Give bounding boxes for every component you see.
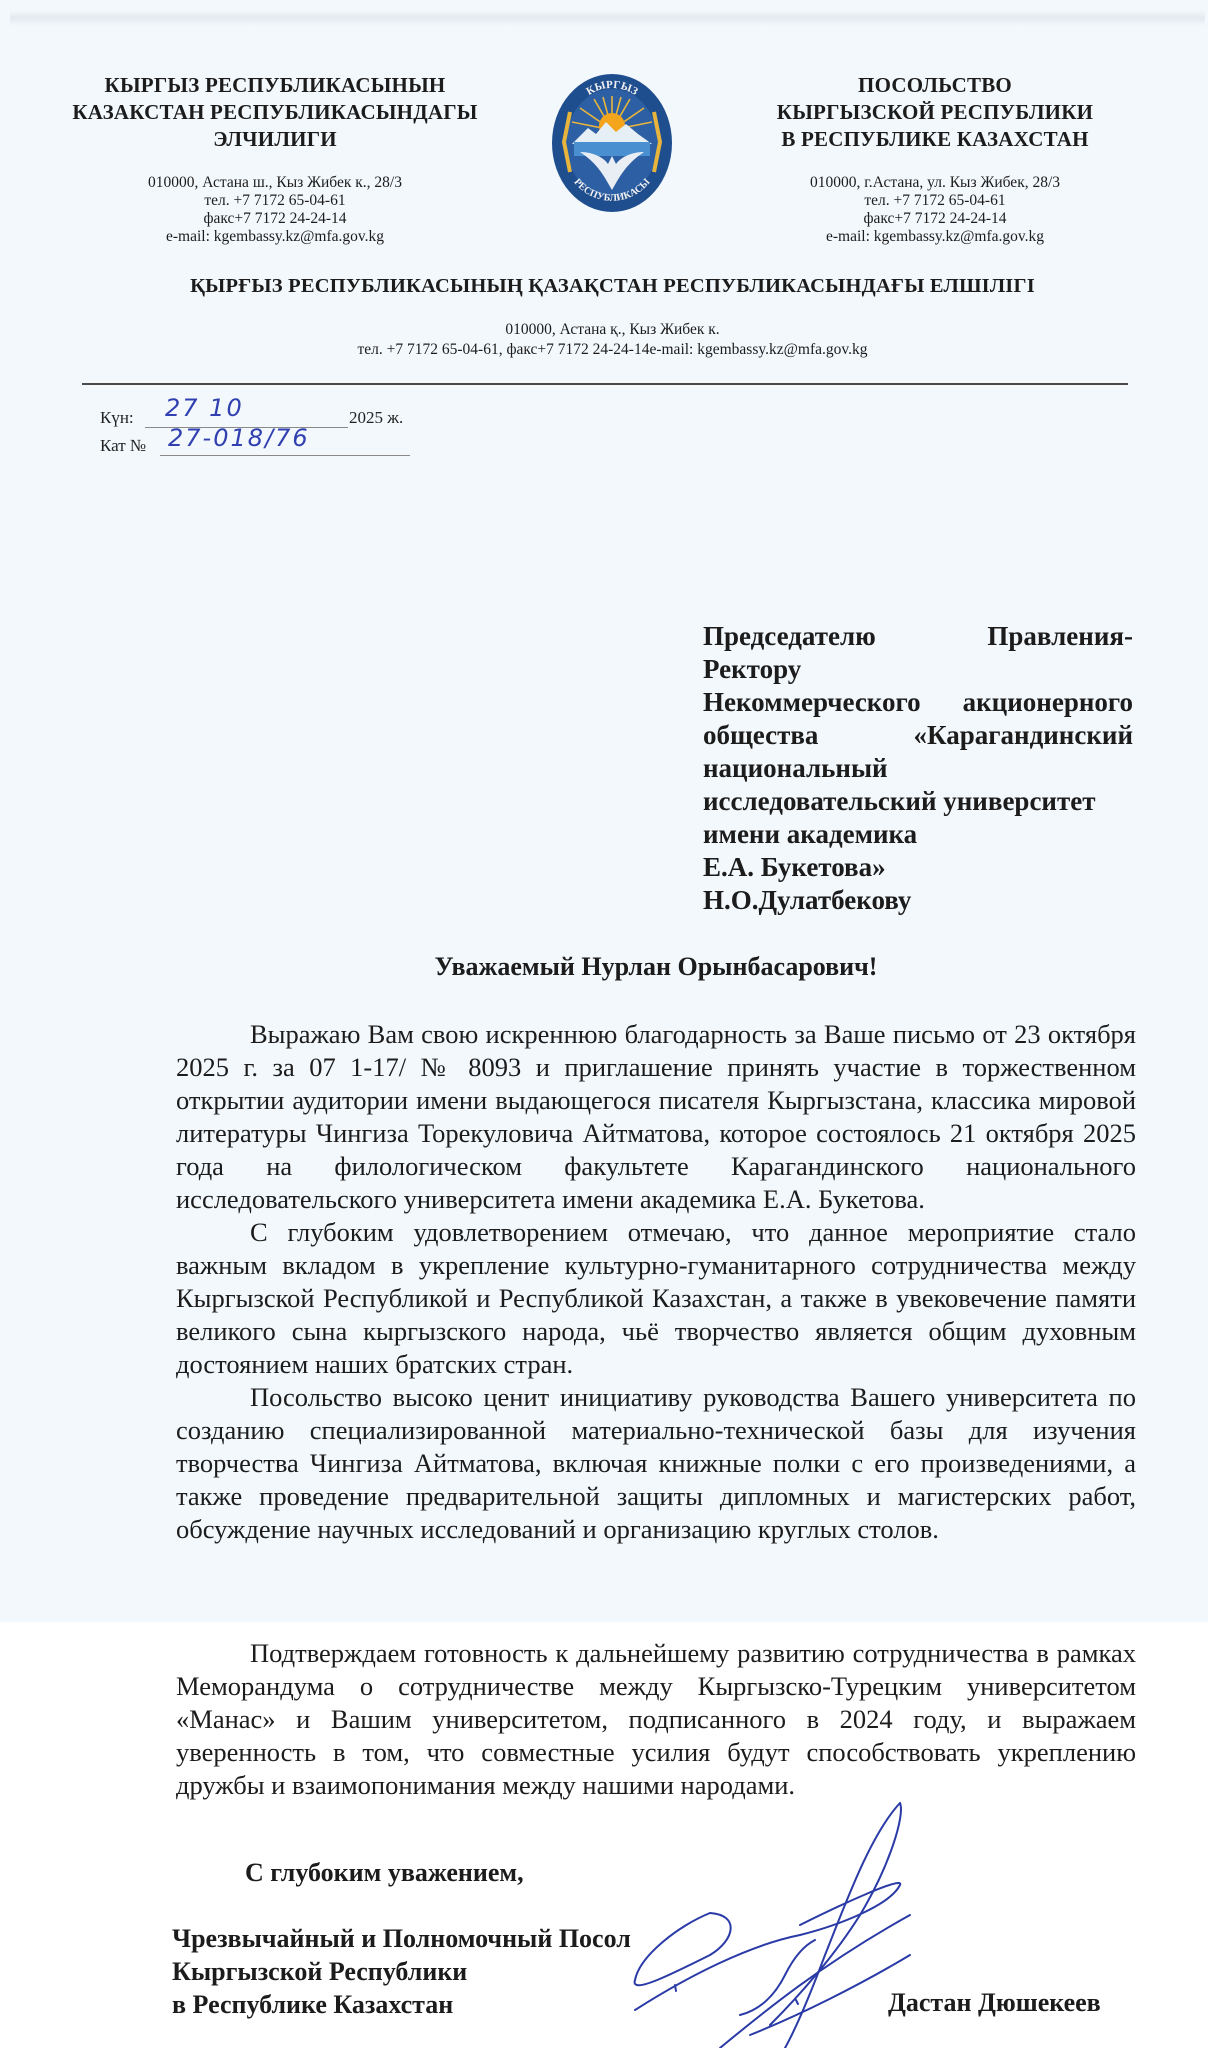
letterhead-right-title: ПОСОЛЬСТВО КЫРГЫЗСКОЙ РЕСПУБЛИКИ В РЕСПУ… <box>725 72 1145 153</box>
state-emblem-icon: КЫРГЫЗ РЕСПУБЛИКАСЫ <box>550 72 674 214</box>
letterhead-left-title: КЫРГЫЗ РЕСПУБЛИКАСЫНЫН КАЗАКСТАН РЕСПУБЛ… <box>40 72 510 153</box>
body-paragraph: Подтверждаем готовность к дальнейшему ра… <box>176 1637 1136 1802</box>
salutation: Уважаемый Нурлан Орынбасарович! <box>176 952 1136 982</box>
number-handwritten: 27-018/76 <box>168 424 310 452</box>
letterhead-divider <box>82 383 1128 385</box>
body-paragraph: Посольство высоко ценит инициативу руков… <box>176 1381 1136 1546</box>
letterhead-left: КЫРГЫЗ РЕСПУБЛИКАСЫНЫН КАЗАКСТАН РЕСПУБЛ… <box>40 72 510 246</box>
signatory-title: Чрезвычайный и Полномочный Посол Кыргызс… <box>172 1922 631 2021</box>
date-handwritten: 27 10 <box>165 394 244 422</box>
date-label: Күн: <box>100 408 134 428</box>
letterhead-right-address: 010000, г.Астана, ул. Кыз Жибек, 28/3 те… <box>725 174 1145 246</box>
letterhead-right: ПОСОЛЬСТВО КЫРГЫЗСКОЙ РЕСПУБЛИКИ В РЕСПУ… <box>725 72 1145 246</box>
letterhead-kazakh-address: 010000, Астана қ., Кыз Жибек к. тел. +7 … <box>0 320 1225 360</box>
letterhead-left-address: 010000, Астана ш., Кыз Жибек к., 28/3 те… <box>40 174 510 246</box>
body-paragraphs-1-3: Выражаю Вам свою искреннюю благодарность… <box>176 1018 1136 1546</box>
number-underline <box>160 455 410 456</box>
handwritten-signature-icon <box>600 1795 920 2048</box>
letterhead-kazakh-title: ҚЫРҒЫЗ РЕСПУБЛИКАСЫНЫҢ ҚАЗАҚСТАН РЕСПУБЛ… <box>0 275 1225 298</box>
body-paragraph-4: Подтверждаем готовность к дальнейшему ра… <box>176 1637 1136 1802</box>
body-paragraph: Выражаю Вам свою искреннюю благодарность… <box>176 1018 1136 1216</box>
body-paragraph: С глубоким удовлетворением отмечаю, что … <box>176 1216 1136 1381</box>
date-year-suffix: 2025 ж. <box>349 408 403 428</box>
closing: С глубоким уважением, <box>245 1858 524 1888</box>
recipient-block: Председателю Правления- Ректору Некоммер… <box>703 620 1133 917</box>
scan-edge-shadow <box>10 10 1205 26</box>
number-label: Кат № <box>100 436 146 456</box>
